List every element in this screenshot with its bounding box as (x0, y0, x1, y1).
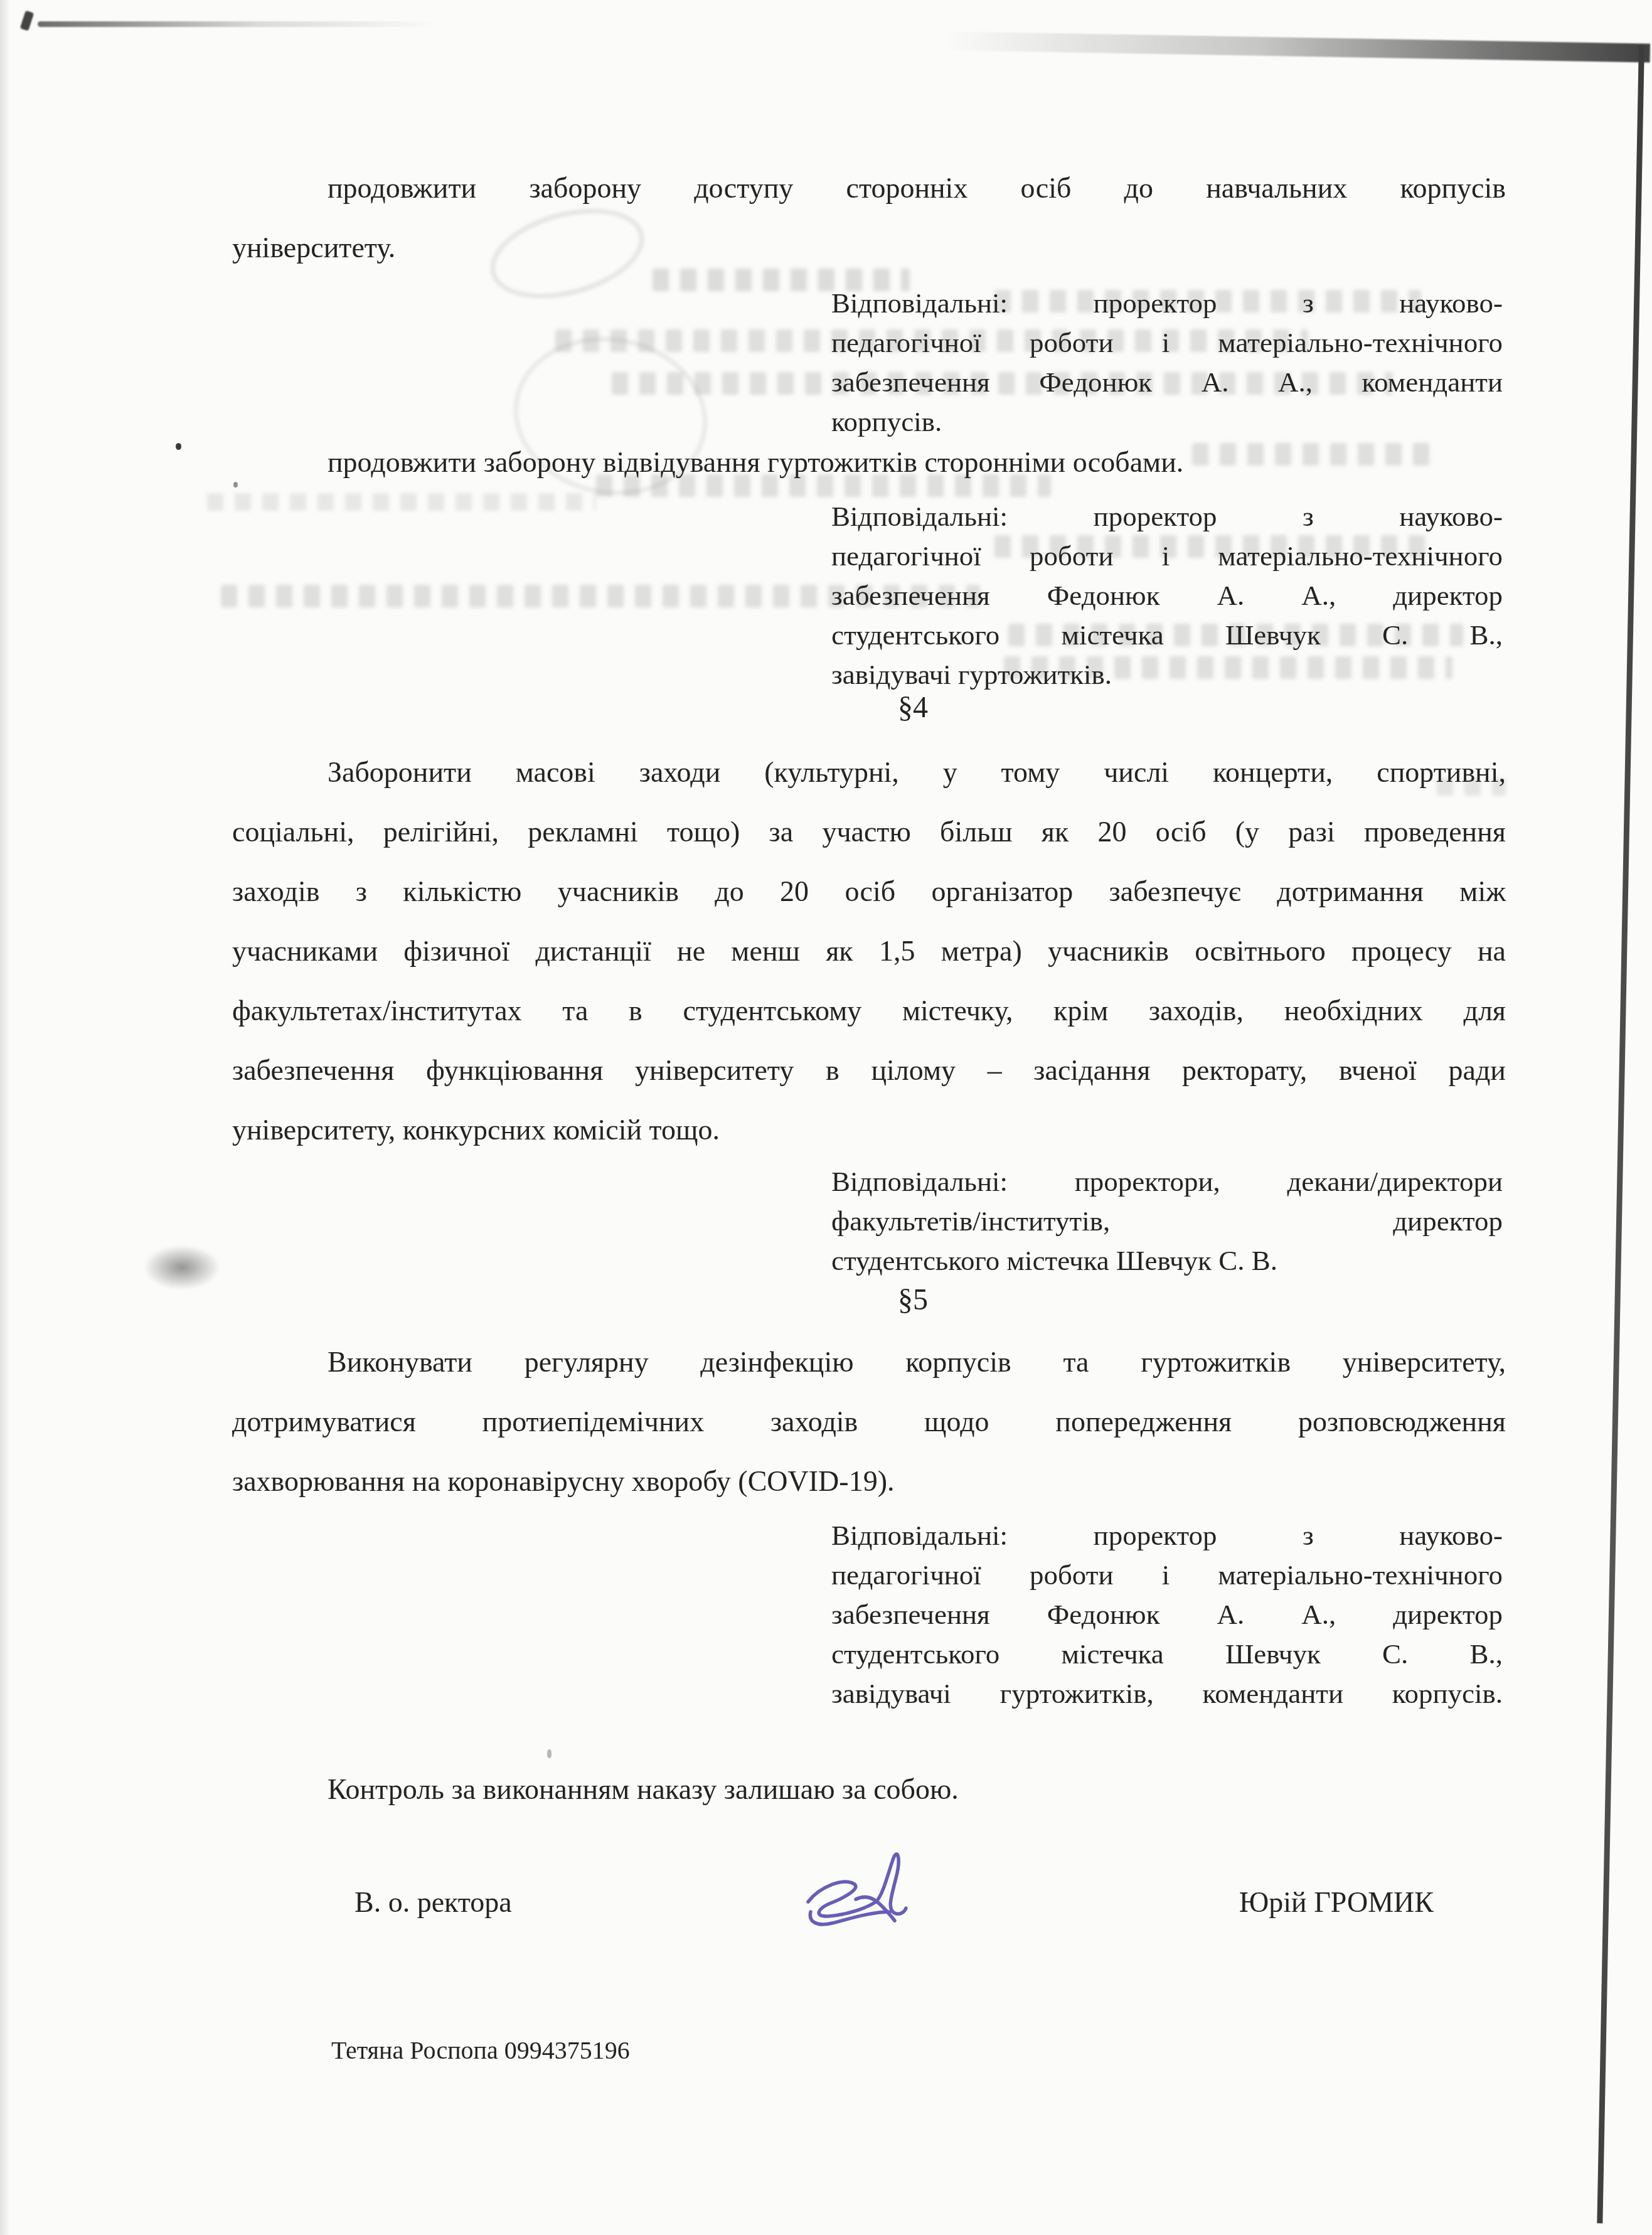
text-line: соціальні, релігійні, рекламні тощо) за … (232, 802, 1506, 861)
text-line: Контроль за виконанням наказу залишаю за… (232, 1769, 1506, 1809)
text-line: забезпечення Федонюк А. А., директор (831, 576, 1503, 616)
responsible-block-4: Відповідальні: проректор з науково- педа… (831, 1516, 1503, 1714)
text-line: Відповідальні: проректори, декани/директ… (831, 1162, 1503, 1202)
scan-speck (176, 443, 181, 450)
paragraph-disinfection: Виконувати регулярну дезінфекцію корпусі… (232, 1332, 1506, 1511)
text-line: Відповідальні: проректор з науково- (831, 284, 1503, 323)
scanned-order-page: продовжити заборону доступу сторонніх ос… (0, 0, 1652, 2235)
scan-artifact-topleft-nub (20, 11, 35, 31)
rector-name: Юрій ГРОМИК (1239, 1882, 1434, 1922)
scan-speck (233, 482, 238, 488)
text-line: забезпечення Федонюк А. А., коменданти (831, 363, 1503, 402)
text-line: педагогічної роботи і матеріально-техніч… (831, 536, 1503, 576)
text-line: захворювання на коронавірусну хворобу (C… (232, 1451, 1506, 1511)
text-line: університету. (232, 218, 1506, 277)
paragraph-dorm-ban: продовжити заборону відвідування гуртожи… (232, 442, 1506, 482)
responsible-block-1: Відповідальні: проректор з науково- педа… (831, 284, 1503, 442)
text-line: студентського містечка Шевчук С. В., (831, 616, 1503, 655)
scan-smudge (144, 1246, 220, 1289)
text-line: педагогічної роботи і матеріально-техніч… (831, 1555, 1503, 1595)
text-line: корпусів. (831, 402, 1503, 442)
text-line: завідувачі гуртожитків, коменданти корпу… (831, 1674, 1503, 1714)
paragraph-control: Контроль за виконанням наказу залишаю за… (232, 1769, 1506, 1809)
scan-speck (547, 1749, 552, 1758)
scan-artifact-topright-streak (944, 31, 1650, 63)
text-line: студентського містечка Шевчук С. В. (831, 1241, 1503, 1281)
text-line: заходів з кількістю учасників до 20 осіб… (232, 861, 1506, 921)
scan-left-edge-shadow (0, 0, 10, 2235)
scan-right-edge-line (1597, 45, 1644, 2224)
section-4-heading: §4 (232, 689, 1594, 727)
text-line: факультетів/інститутів, директор (831, 1202, 1503, 1241)
text-line: Заборонити масові заходи (культурні, у т… (232, 742, 1506, 802)
rector-signature (796, 1842, 921, 1936)
text-line: учасниками фізичної дистанції не менш як… (232, 921, 1506, 981)
footer-contact: Тетяна Роспопа 0994375196 (331, 2033, 630, 2068)
text-line: університету, конкурсних комісій тощо. (232, 1100, 1506, 1160)
text-line: Відповідальні: проректор з науково- (831, 1516, 1503, 1555)
text-line: факультетах/інститутах та в студентськом… (232, 981, 1506, 1040)
text-line: Відповідальні: проректор з науково- (831, 497, 1503, 536)
text-line: Виконувати регулярну дезінфекцію корпусі… (232, 1332, 1506, 1392)
text-line: педагогічної роботи і матеріально-техніч… (831, 323, 1503, 363)
text-line: продовжити заборону доступу сторонніх ос… (232, 158, 1506, 218)
responsible-block-2: Відповідальні: проректор з науково- педа… (831, 497, 1503, 695)
text-line: дотримуватися протиепідемічних заходів щ… (232, 1392, 1506, 1451)
text-line: забезпечення Федонюк А. А., директор (831, 1595, 1503, 1635)
bleedthrough-text (207, 493, 596, 511)
text-line: продовжити заборону відвідування гуртожи… (232, 442, 1506, 482)
section-5-heading: §5 (232, 1281, 1594, 1319)
responsible-block-3: Відповідальні: проректори, декани/директ… (831, 1162, 1503, 1281)
text-line: забезпечення функціювання університету в… (232, 1040, 1506, 1100)
text-line: студентського містечка Шевчук С. В., (831, 1635, 1503, 1674)
paragraph-access-ban: продовжити заборону доступу сторонніх ос… (232, 158, 1506, 277)
paragraph-mass-events: Заборонити масові заходи (культурні, у т… (232, 742, 1506, 1160)
scan-artifact-topleft-line (38, 21, 439, 27)
rector-role-label: В. о. ректора (354, 1882, 512, 1922)
